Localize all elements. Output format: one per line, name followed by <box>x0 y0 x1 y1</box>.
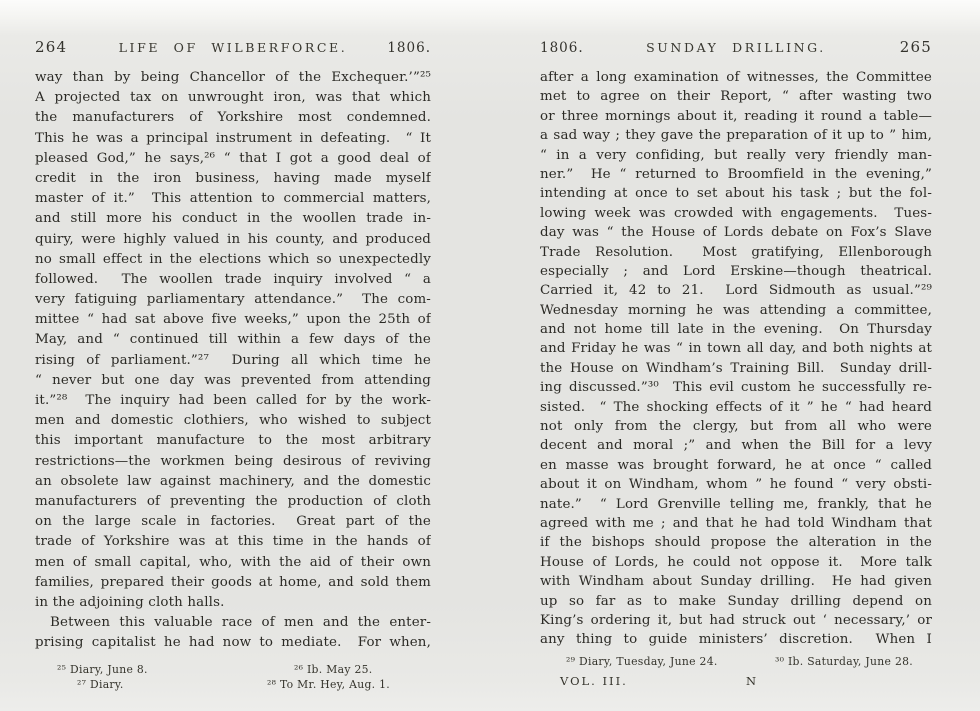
text-line: intending at once to set about his task … <box>540 184 932 203</box>
text-line: with Windham about Sunday drilling. He h… <box>540 572 932 591</box>
text-line: Wednesday morning he was attending a com… <box>540 301 932 320</box>
footnote: ²⁹ Diary, Tuesday, June 24. <box>540 654 723 669</box>
text-line: Trade Resolution. Most gratifying, Ellen… <box>540 243 932 262</box>
running-title: LIFE OF WILBERFORCE. <box>119 40 348 55</box>
footnote: ²⁶ Ib. May 25. <box>194 662 431 677</box>
text-line: met to agree on their Report, “ after wa… <box>540 87 932 106</box>
page-number: 264 <box>35 38 119 56</box>
text-line: restrictions—the workmen being desirous … <box>35 452 431 472</box>
text-line: rising of parliament.”²⁷ During all whic… <box>35 351 431 371</box>
text-line: lowing week was crowded with engagements… <box>540 204 932 223</box>
text-line: followed. The woollen trade inquiry invo… <box>35 270 431 290</box>
text-line: A projected tax on unwrought iron, was t… <box>35 88 431 108</box>
text-line: not only from the clergy, but from all w… <box>540 417 932 436</box>
page-text-left: way than by being Chancellor of the Exch… <box>35 68 431 653</box>
text-line: prising capitalist he had now to mediate… <box>35 633 431 653</box>
text-line: the manufacturers of Yorkshire most cond… <box>35 108 431 128</box>
signature-mark: N <box>746 674 756 688</box>
year-label: 1806. <box>347 40 431 56</box>
footnote: ²⁵ Diary, June 8. <box>35 662 194 677</box>
text-line: no small effect in the elections which s… <box>35 250 431 270</box>
footnote-row: ²⁹ Diary, Tuesday, June 24. ³⁰ Ib. Satur… <box>540 654 932 669</box>
text-line: This he was a principal instrument in de… <box>35 129 431 149</box>
text-line: May, and “ continued till within a few d… <box>35 330 431 350</box>
footnotes-left: ²⁵ Diary, June 8. ²⁶ Ib. May 25. ²⁷ Diar… <box>35 662 431 692</box>
text-line: way than by being Chancellor of the Exch… <box>35 68 431 88</box>
text-line: en masse was brought forward, he at once… <box>540 456 932 475</box>
text-line: men and domestic clothiers, who wished t… <box>35 411 431 431</box>
page-left: 264 LIFE OF WILBERFORCE. 1806. way than … <box>35 38 431 692</box>
text-line: or three mornings about it, reading it r… <box>540 107 932 126</box>
running-title: SUNDAY DRILLING. <box>646 40 826 55</box>
text-line: pleased God,” he says,²⁶ “ that I got a … <box>35 149 431 169</box>
text-line: decent and moral ;” and when the Bill fo… <box>540 436 932 455</box>
text-line: agreed with me ; and that he had told Wi… <box>540 514 932 533</box>
text-line: master of it.” This attention to commerc… <box>35 189 431 209</box>
text-line: and not home till late in the evening. O… <box>540 320 932 339</box>
text-line: in the adjoining cloth halls. <box>35 593 431 613</box>
footnotes-right: ²⁹ Diary, Tuesday, June 24. ³⁰ Ib. Satur… <box>540 654 932 669</box>
footnote-row: ²⁷ Diary. ²⁸ To Mr. Hey, Aug. 1. <box>35 677 431 692</box>
text-line: after a long examination of witnesses, t… <box>540 68 932 87</box>
footnote: ²⁷ Diary. <box>35 677 241 692</box>
text-line: ing discussed.”³⁰ This evil custom he su… <box>540 378 932 397</box>
text-line: it.”²⁸ The inquiry had been called for b… <box>35 391 431 411</box>
text-line: sisted. “ The shocking effects of it ” h… <box>540 398 932 417</box>
page-header-right: 1806. SUNDAY DRILLING. 265 <box>540 38 932 56</box>
text-line: about it on Windham, whom ” he found “ v… <box>540 475 932 494</box>
text-line: especially ; and Lord Erskine—though the… <box>540 262 932 281</box>
volume-label: VOL. III. <box>540 674 628 688</box>
text-line: a sad way ; they gave the preparation of… <box>540 126 932 145</box>
text-line: men of small capital, who, with the aid … <box>35 553 431 573</box>
page-header-left: 264 LIFE OF WILBERFORCE. 1806. <box>35 38 431 56</box>
text-line: quiry, were highly valued in his county,… <box>35 230 431 250</box>
text-line: this important manufacture to the most a… <box>35 431 431 451</box>
text-line: day was “ the House of Lords debate on F… <box>540 223 932 242</box>
text-line: nate.” “ Lord Grenville telling me, fran… <box>540 495 932 514</box>
text-line: any thing to guide ministers’ discretion… <box>540 630 932 649</box>
footnote: ²⁸ To Mr. Hey, Aug. 1. <box>241 677 431 692</box>
text-line: an obsolete law against machinery, and t… <box>35 472 431 492</box>
text-line: families, prepared their goods at home, … <box>35 573 431 593</box>
text-line: Between this valuable race of men and th… <box>35 613 431 633</box>
imprint-line: VOL. III. N <box>540 674 932 688</box>
text-line: ner.” He “ returned to Broomfield in the… <box>540 165 932 184</box>
text-line: House of Lords, he could not oppose it. … <box>540 553 932 572</box>
text-line: Carried it, 42 to 21. Lord Sidmouth as u… <box>540 281 932 300</box>
text-line: mittee “ had sat above five weeks,” upon… <box>35 310 431 330</box>
text-line: and Friday he was “ in town all day, and… <box>540 339 932 358</box>
text-line: the House on Windham’s Training Bill. Su… <box>540 359 932 378</box>
text-line: on the large scale in factories. Great p… <box>35 512 431 532</box>
year-label: 1806. <box>540 40 646 56</box>
text-line: and still more his conduct in the woolle… <box>35 209 431 229</box>
text-line: credit in the iron business, having made… <box>35 169 431 189</box>
text-line: “ never but one day was prevented from a… <box>35 371 431 391</box>
page-text-right: after a long examination of witnesses, t… <box>540 68 932 650</box>
text-line: very fatiguing parliamentary attendance.… <box>35 290 431 310</box>
text-line: if the bishops should propose the altera… <box>540 533 932 552</box>
footnote: ³⁰ Ib. Saturday, June 28. <box>723 654 932 669</box>
text-line: “ in a very confiding, but really very f… <box>540 146 932 165</box>
footnote-row: ²⁵ Diary, June 8. ²⁶ Ib. May 25. <box>35 662 431 677</box>
text-line: up so far as to make Sunday drilling dep… <box>540 592 932 611</box>
text-line: King’s ordering it, but had struck out ‘… <box>540 611 932 630</box>
text-line: manufacturers of preventing the producti… <box>35 492 431 512</box>
page-right: 1806. SUNDAY DRILLING. 265 after a long … <box>540 38 932 688</box>
text-line: trade of Yorkshire was at this time in t… <box>35 532 431 552</box>
page-number: 265 <box>826 38 932 56</box>
